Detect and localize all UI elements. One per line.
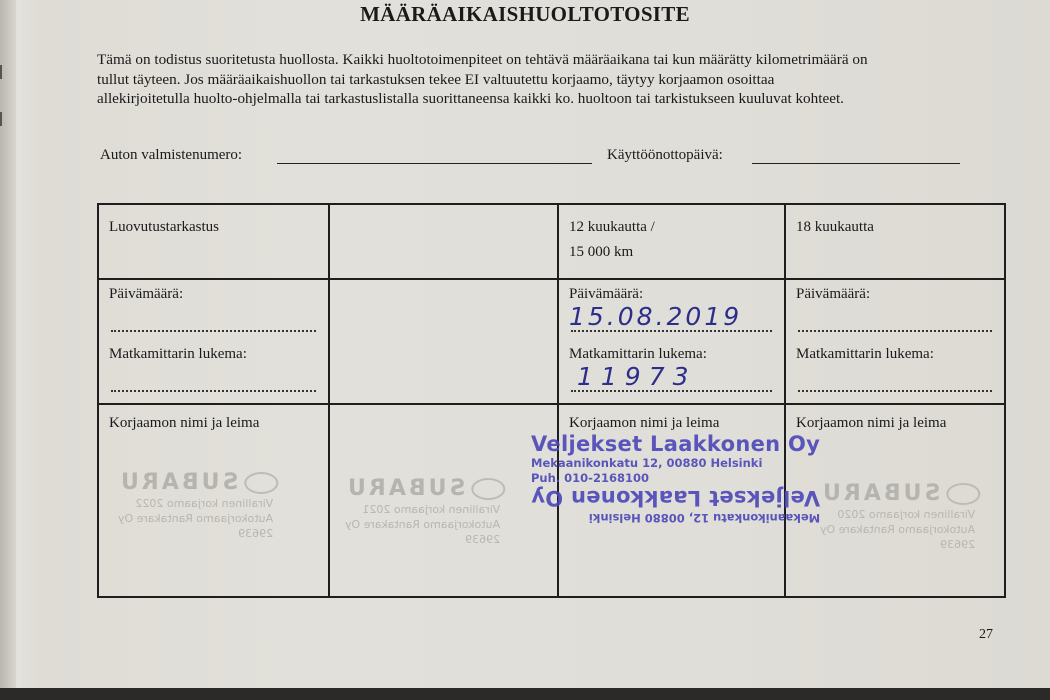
stamp-phone: Puh. 010-2168100 xyxy=(531,471,820,486)
odometer-field[interactable] xyxy=(111,390,316,392)
date-handwritten-value[interactable]: 15.08.2019 xyxy=(569,302,742,331)
intro-paragraph: Tämä on todistus suoritetusta huollosta.… xyxy=(97,50,1007,109)
header-cell-blank xyxy=(329,204,558,279)
page-number: 27 xyxy=(979,627,993,643)
reading-cell-18-months: Päivämäärä: Matkamittarin lukema: xyxy=(785,279,1005,404)
header-cell-18-months: 18 kuukautta xyxy=(785,204,1005,279)
vin-field[interactable] xyxy=(277,163,592,164)
header-cell-delivery: Luovutustarkastus xyxy=(98,204,329,279)
stamp-mirror-impression: Mekaanikonkatu 12, 00880 Helsinki Veljek… xyxy=(531,486,820,525)
odometer-label: Matkamittarin lukema: xyxy=(569,346,707,363)
reading-cell-blank xyxy=(329,279,558,404)
reading-cell-delivery: Päivämäärä: Matkamittarin lukema: xyxy=(98,279,329,404)
stamp-label: Korjaamon nimi ja leima xyxy=(109,415,259,432)
date-label: Päivämäärä: xyxy=(569,286,643,303)
binding-mark xyxy=(0,112,8,126)
service-record-table: Luovutustarkastus 12 kuukautta / 15 000 … xyxy=(97,203,1006,598)
reading-cell-12-months: Päivämäärä: 15.08.2019 Matkamittarin luk… xyxy=(558,279,785,404)
vin-label: Auton valmistenumero: xyxy=(100,147,242,164)
stamp-cell-delivery: Korjaamon nimi ja leima xyxy=(98,404,329,597)
page-binding-shadow xyxy=(0,0,16,700)
document-title: MÄÄRÄAIKAISHUOLTOTOSITE xyxy=(0,2,1050,27)
workshop-stamp: Veljekset Laakkonen Oy Mekaanikonkatu 12… xyxy=(531,432,820,525)
commissioning-date-label: Käyttöönottopäivä: xyxy=(607,147,723,164)
date-field[interactable] xyxy=(798,330,992,332)
odometer-label: Matkamittarin lukema: xyxy=(796,346,934,363)
header-cell-12-months: 12 kuukautta / 15 000 km xyxy=(558,204,785,279)
stamp-address: Mekaanikonkatu 12, 00880 Helsinki xyxy=(531,456,820,471)
stamp-cell-blank xyxy=(329,404,558,597)
date-field[interactable] xyxy=(571,330,772,332)
odometer-handwritten-value[interactable]: 11973 xyxy=(577,362,697,391)
binding-mark xyxy=(0,65,8,79)
page-bottom-edge xyxy=(0,688,1050,700)
stamp-label: Korjaamon nimi ja leima xyxy=(796,415,946,432)
odometer-field[interactable] xyxy=(571,390,772,392)
intro-line: Tämä on todistus suoritetusta huollosta.… xyxy=(97,50,1007,70)
odometer-label: Matkamittarin lukema: xyxy=(109,346,247,363)
date-label: Päivämäärä: xyxy=(796,286,870,303)
stamp-label: Korjaamon nimi ja leima xyxy=(569,415,719,432)
commissioning-date-field[interactable] xyxy=(752,163,960,164)
stamp-company: Veljekset Laakkonen Oy xyxy=(531,432,820,456)
intro-line: allekirjoitetulla huolto-ohjelmalla tai … xyxy=(97,89,1007,109)
date-field[interactable] xyxy=(111,330,316,332)
odometer-field[interactable] xyxy=(798,390,992,392)
intro-line: tullut täyteen. Jos määräaikaishuollon t… xyxy=(97,70,1007,90)
date-label: Päivämäärä: xyxy=(109,286,183,303)
